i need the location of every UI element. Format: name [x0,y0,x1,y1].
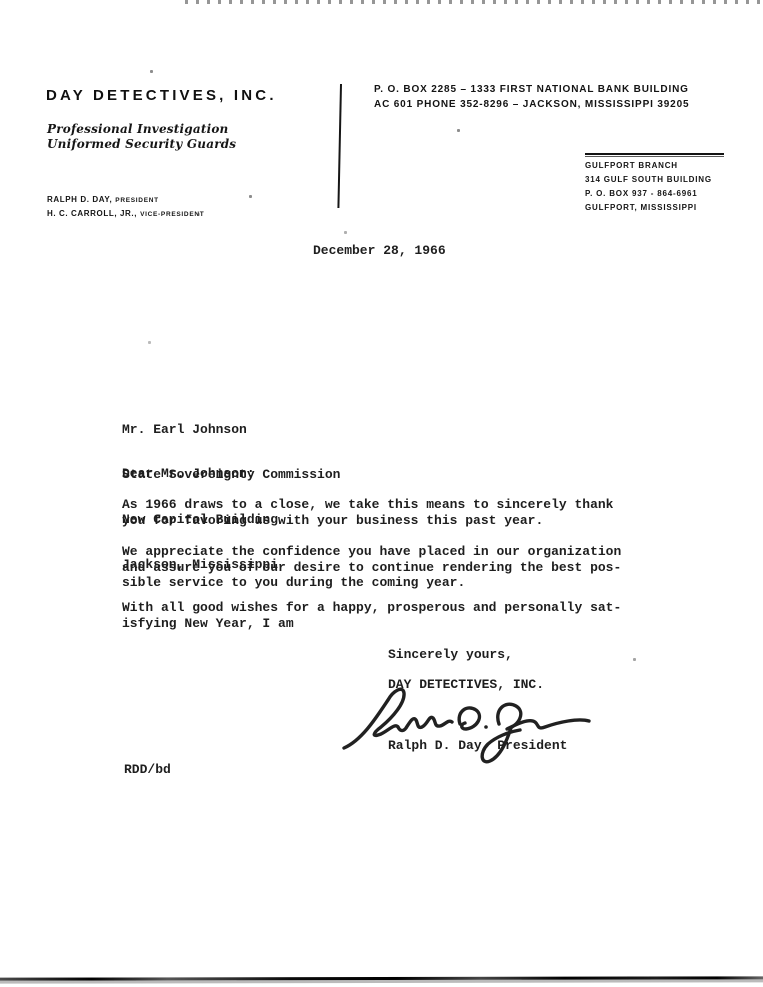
tagline-professional-investigation: Professional Investigation [47,122,228,136]
letterhead-divider-rule [337,84,342,208]
scan-speck [457,129,460,132]
officer-name: H. C. CARROLL, JR., [47,209,137,218]
typed-signer-name-title: Ralph D. Day, President [388,738,567,754]
typist-reference-initials: RDD/bd [124,762,171,778]
body-paragraph-1: As 1966 draws to a close, we take this m… [122,497,613,528]
typed-company-signature: DAY DETECTIVES, INC. [388,677,544,693]
main-office-address-line2: AC 601 PHONE 352-8296 – JACKSON, MISSISS… [374,99,689,110]
letter-date: December 28, 1966 [313,243,446,259]
salutation: Dear Mr. Johnson: [122,466,255,482]
recipient-name: Mr. Earl Johnson [122,422,340,437]
tagline-uniformed-security-guards: Uniformed Security Guards [47,137,236,151]
scan-dotted-edge [185,0,763,4]
main-office-address-line1: P. O. BOX 2285 – 1333 FIRST NATIONAL BAN… [374,84,689,95]
scan-speck [633,658,636,661]
scan-speck [249,195,252,198]
complimentary-close: Sincerely yours, [388,647,513,663]
scan-bottom-edge [0,976,763,980]
branch-po-box-phone: P. O. BOX 937 - 864-6961 [585,189,697,198]
scanned-letter-page: DAY DETECTIVES, INC. Professional Invest… [0,0,763,987]
company-name: DAY DETECTIVES, INC. [46,87,277,104]
scan-speck [150,70,153,73]
handwritten-signature-ralph-d-day [338,682,594,768]
body-paragraph-2: We appreciate the confidence you have pl… [122,544,621,591]
branch-building: 314 GULF SOUTH BUILDING [585,175,712,184]
officer-title: VICE-PRESIDENT [140,211,204,218]
branch-city: GULFPORT, MISSISSIPPI [585,203,697,212]
scan-speck [344,231,347,234]
officer-vice-president: H. C. CARROLL, JR.,VICE-PRESIDENT [47,203,204,221]
branch-name: GULFPORT BRANCH [585,161,678,170]
scan-speck [148,341,151,344]
branch-rule [585,153,724,157]
body-paragraph-3: With all good wishes for a happy, prospe… [122,600,621,631]
